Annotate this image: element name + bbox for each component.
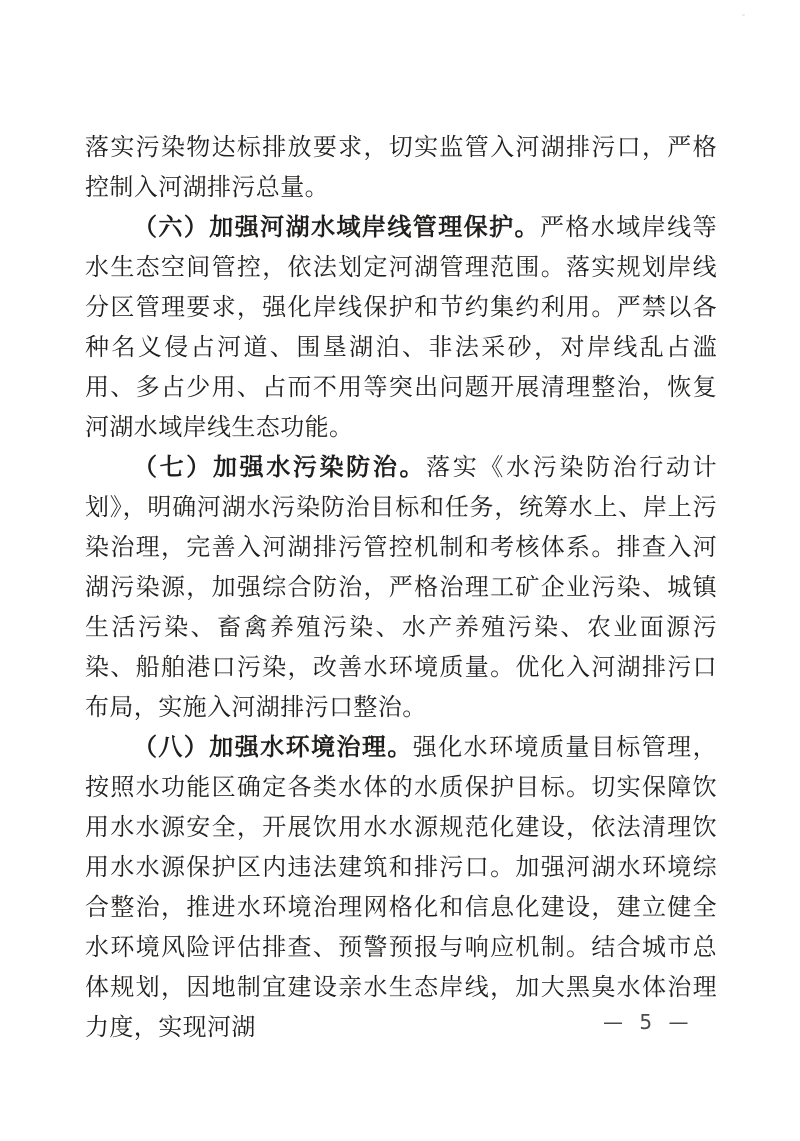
document-body: 落实污染物达标排放要求，切实监管入河湖排污口，严格控制入河湖排污总量。 （六）加… — [85, 128, 717, 1048]
paragraph-continuation: 落实污染物达标排放要求，切实监管入河湖排污口，严格控制入河湖排污总量。 — [85, 128, 717, 208]
paragraph-heading: （八）加强水环境治理。 — [133, 735, 413, 761]
paragraph-text: 强化水环境质量目标管理，按照水功能区确定各类水体的水质保护目标。切实保障饮用水水… — [85, 735, 717, 1041]
paragraph-section-6: （六）加强河湖水域岸线管理保护。严格水域岸线等水生态空间管控，依法划定河湖管理范… — [85, 208, 717, 448]
paragraph-section-8: （八）加强水环境治理。强化水环境质量目标管理，按照水功能区确定各类水体的水质保护… — [85, 728, 717, 1048]
paragraph-text: 落实《水污染防治行动计划》，明确河湖水污染防治目标和任务，统筹水上、岸上污染治理… — [85, 455, 717, 721]
paragraph-section-7: （七）加强水污染防治。落实《水污染防治行动计划》，明确河湖水污染防治目标和任务，… — [85, 448, 717, 728]
paragraph-heading: （六）加强河湖水域岸线管理保护。 — [133, 215, 540, 241]
paragraph-text: 严格水域岸线等水生态空间管控，依法划定河湖管理范围。落实规划岸线分区管理要求，强… — [85, 215, 717, 441]
paragraph-heading: （七）加强水污染防治。 — [133, 455, 426, 481]
scan-artifact — [742, 14, 745, 16]
page-number: — 5 — — [603, 1008, 693, 1036]
paragraph-text: 落实污染物达标排放要求，切实监管入河湖排污口，严格控制入河湖排污总量。 — [85, 135, 717, 201]
document-page: 落实污染物达标排放要求，切实监管入河湖排污口，严格控制入河湖排污总量。 （六）加… — [0, 0, 800, 1141]
